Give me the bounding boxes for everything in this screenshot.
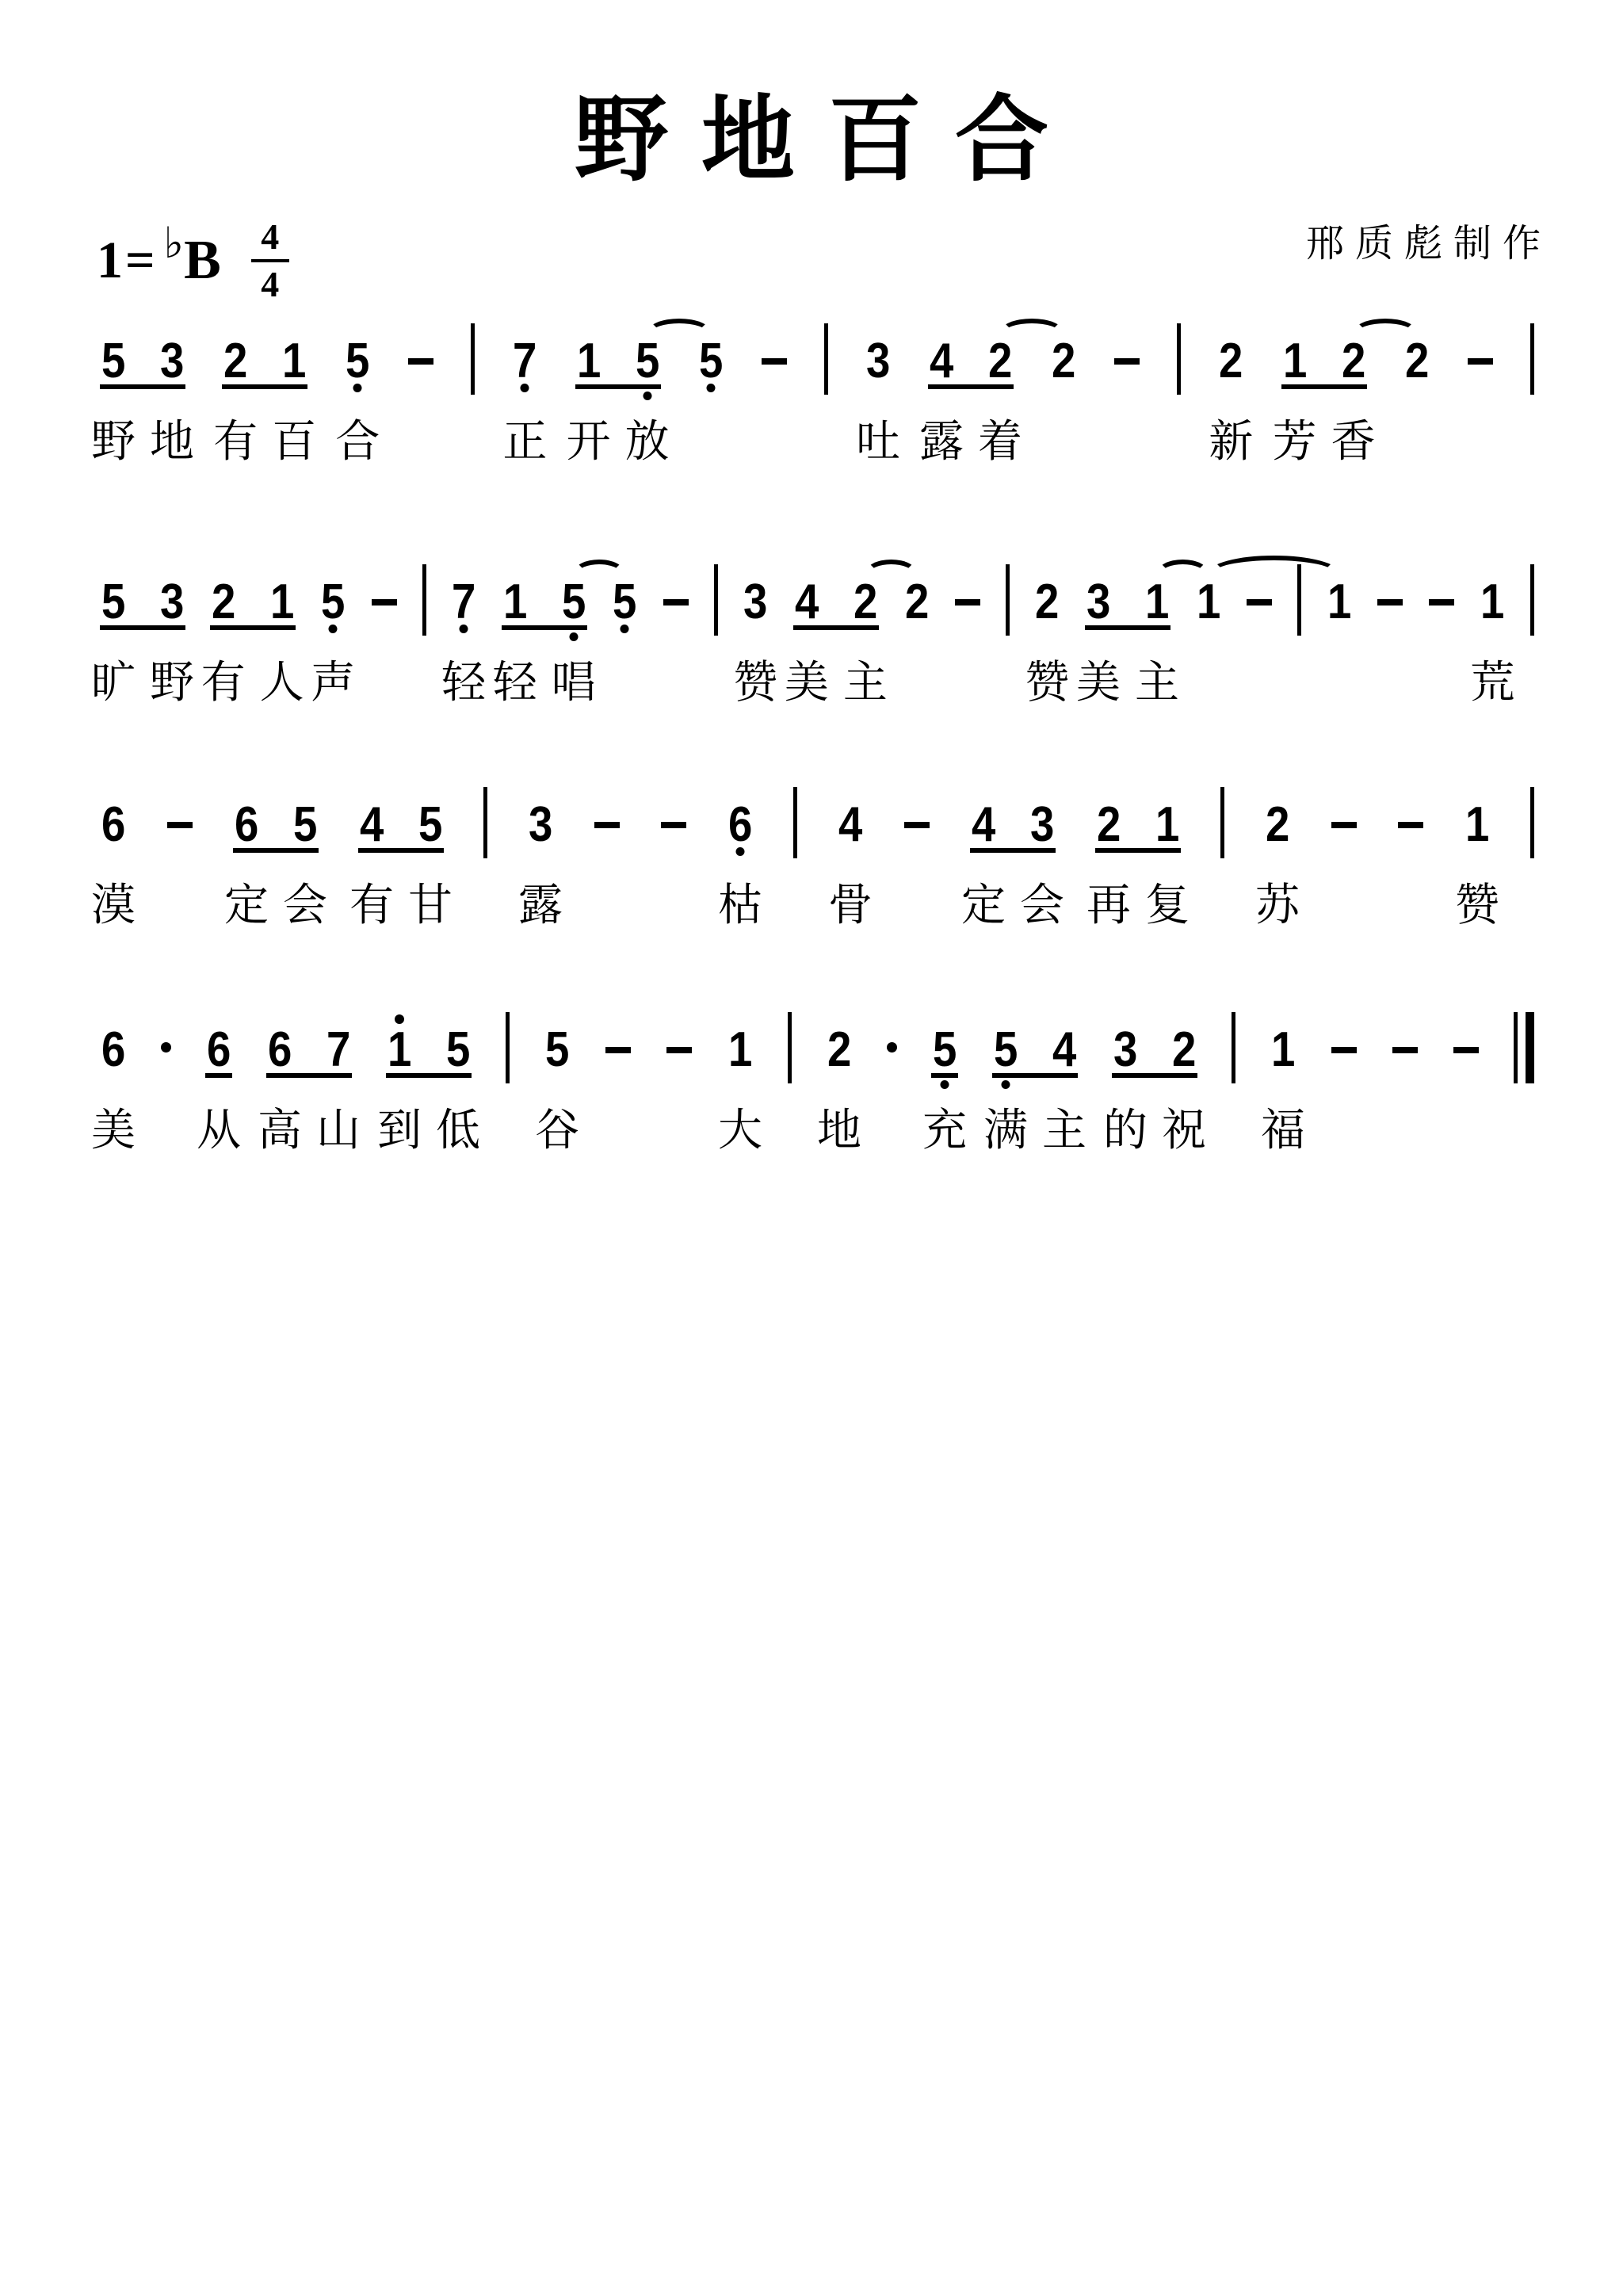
- octave-dot-low: [521, 384, 529, 392]
- beam-group: 53: [100, 584, 185, 621]
- lyric-syllable: 露: [919, 415, 964, 468]
- lyric-syllable: 谷: [535, 1103, 579, 1156]
- lyric-syllable: 福: [1261, 1103, 1305, 1156]
- note-number: 2: [212, 584, 235, 621]
- note: 4: [970, 807, 997, 843]
- lyric-syllable: 地: [150, 415, 194, 468]
- beam-group: 32: [1112, 1032, 1197, 1068]
- note-number: 5: [446, 1032, 470, 1068]
- note: 1: [1326, 584, 1353, 621]
- note-number: 5: [933, 1032, 957, 1068]
- note-number: 5: [418, 807, 442, 843]
- dash-rest: [903, 807, 930, 843]
- meter-rule: [251, 259, 289, 262]
- note: 2: [903, 584, 930, 621]
- lyric-syllable: 甘: [408, 878, 453, 931]
- lyric-syllable: 复: [1145, 878, 1190, 931]
- note: 4: [793, 584, 820, 621]
- barline: [1530, 584, 1534, 621]
- barline: [1232, 1032, 1235, 1068]
- lyric-syllable: 山: [316, 1103, 361, 1156]
- slur: [1157, 560, 1209, 586]
- notes-row: 5321571553422231111: [100, 552, 1534, 621]
- sheet-page: 野地百合 1=♭B 4 4 邢质彪制作 53215715534222122野地有…: [0, 0, 1623, 2296]
- note: 2: [1033, 584, 1060, 621]
- note: 3: [865, 343, 892, 380]
- lyric-syllable: 再: [1086, 878, 1131, 931]
- note: 6: [266, 1032, 293, 1068]
- note-number: 6: [207, 1032, 231, 1068]
- dash-rest: [1428, 584, 1455, 621]
- note: 2: [1050, 343, 1077, 380]
- note-number: 3: [866, 343, 890, 380]
- dash-rest: [1113, 343, 1140, 380]
- note: 5: [544, 1032, 571, 1068]
- octave-dot-low: [941, 1080, 949, 1089]
- lyric-syllable: 主: [843, 655, 888, 709]
- note: 6: [205, 1032, 232, 1068]
- note: 2: [1217, 343, 1244, 380]
- note: 5: [992, 1032, 1019, 1068]
- note-number: 7: [327, 1032, 350, 1068]
- barline: [793, 807, 797, 843]
- note: 1: [727, 1032, 754, 1068]
- barline: [471, 343, 475, 380]
- lyric-syllable: 有: [213, 415, 258, 468]
- note: 5: [417, 807, 444, 843]
- barline: [1297, 584, 1301, 621]
- beam-group: 31: [1085, 584, 1170, 621]
- lyric-syllable: 野: [150, 655, 194, 709]
- note: 5: [697, 343, 724, 380]
- lyric-syllable: 赞: [1455, 878, 1499, 931]
- beam-group: 15: [575, 343, 661, 380]
- credit: 邢质彪制作: [1306, 223, 1552, 266]
- note-number: 6: [101, 1032, 125, 1068]
- note-number: 1: [728, 1032, 752, 1068]
- note: 1: [1281, 343, 1308, 380]
- note-number: 5: [101, 343, 125, 380]
- lyric-syllable: 美: [1076, 655, 1121, 709]
- beam-group: 12: [1281, 343, 1367, 380]
- lyric-syllable: 主: [1135, 655, 1179, 709]
- dash-rest: [605, 1032, 632, 1068]
- meter-denominator: 4: [261, 266, 279, 303]
- note: 5: [319, 584, 346, 621]
- lyric-syllable: 主: [1042, 1103, 1086, 1156]
- note-number: 1: [270, 584, 294, 621]
- lyric-syllable: 低: [436, 1103, 480, 1156]
- note-number: 2: [1035, 584, 1059, 621]
- note-number: 1: [1145, 584, 1169, 621]
- note: 1: [1479, 584, 1506, 621]
- lyric-syllable: 漠: [91, 878, 136, 931]
- barline: [788, 1032, 792, 1068]
- note-number: 2: [223, 343, 247, 380]
- slur: [574, 560, 625, 586]
- octave-dot-low: [736, 847, 745, 856]
- meter-numerator: 4: [261, 219, 279, 255]
- note-number: 3: [160, 584, 184, 621]
- lyric-syllable: 有: [349, 878, 394, 931]
- note: 5: [344, 343, 371, 380]
- lyric-syllable: 会: [283, 878, 327, 931]
- dash-rest: [663, 584, 689, 621]
- note: 1: [1464, 807, 1491, 843]
- beam-group: 53: [100, 343, 185, 380]
- lyric-syllable: 充: [922, 1103, 967, 1156]
- lyric-syllable: 百: [272, 415, 316, 468]
- note-number: 2: [1052, 343, 1075, 380]
- note: 2: [1403, 343, 1430, 380]
- beam-group: 45: [358, 807, 444, 843]
- octave-dot-low: [569, 632, 578, 641]
- lyric-syllable: 开: [567, 415, 611, 468]
- note: 1: [1154, 807, 1181, 843]
- note: 7: [325, 1032, 352, 1068]
- dash-rest: [666, 1032, 693, 1068]
- note-number: 7: [514, 343, 537, 380]
- lyric-syllable: 放: [625, 415, 670, 468]
- lyrics-row: 野地有百合正开放吐露着新芳香: [100, 415, 1534, 472]
- note: 4: [1051, 1032, 1078, 1068]
- note-number: 2: [905, 584, 929, 621]
- note-number: 6: [728, 807, 752, 843]
- dash-rest: [660, 807, 687, 843]
- note: 7: [450, 584, 477, 621]
- lyric-syllable: 定: [224, 878, 269, 931]
- lyric-syllable: 赞: [1025, 655, 1069, 709]
- lyric-syllable: 合: [335, 415, 380, 468]
- note-number: 5: [636, 343, 659, 380]
- note: 2: [1170, 1032, 1197, 1068]
- lyric-syllable: 赞: [733, 655, 777, 709]
- note-number: 4: [930, 343, 953, 380]
- note: 3: [1029, 807, 1056, 843]
- note-number: 2: [1405, 343, 1429, 380]
- note-number: 5: [293, 807, 317, 843]
- dash-rest: [1331, 807, 1358, 843]
- note-number: 2: [854, 584, 877, 621]
- beam-group: 42: [793, 584, 879, 621]
- augmentation-dot: [161, 1032, 171, 1068]
- notes-row: 53215715534222122: [100, 311, 1534, 380]
- octave-dot-low: [1002, 1080, 1010, 1089]
- lyric-syllable: 有: [201, 655, 246, 709]
- note: 1: [269, 584, 296, 621]
- lyric-syllable: 大: [718, 1103, 762, 1156]
- note: 4: [837, 807, 864, 843]
- slur: [1354, 319, 1417, 346]
- note: 6: [100, 1032, 127, 1068]
- octave-dot-low: [460, 625, 468, 633]
- barline: [422, 584, 426, 621]
- octave-dot-low: [329, 625, 338, 633]
- note-number: 1: [1155, 807, 1179, 843]
- key-tonic: B: [184, 233, 221, 288]
- barline: [1177, 343, 1181, 380]
- note-number: 2: [988, 343, 1012, 380]
- lyric-syllable: 芳: [1273, 415, 1317, 468]
- barline: [1006, 584, 1010, 621]
- lyric-syllable: 旷: [91, 655, 136, 709]
- lyric-syllable: 枯: [718, 878, 762, 931]
- note-number: 3: [529, 807, 552, 843]
- music-system: 666715512554321美从高山到低谷大地充满主的祝福: [100, 1000, 1534, 1068]
- slur: [1000, 319, 1064, 346]
- note: 3: [158, 343, 185, 380]
- music-system: 5321571553422231111旷野有人声轻轻唱赞美主赞美主荒: [100, 552, 1534, 621]
- dash-rest: [1453, 1032, 1480, 1068]
- slur: [647, 319, 711, 346]
- note: 1: [575, 343, 602, 380]
- note-number: 5: [545, 1032, 569, 1068]
- note-number: 3: [1030, 807, 1054, 843]
- note: 5: [931, 1032, 958, 1068]
- octave-dot-low: [353, 384, 362, 392]
- lyric-syllable: 从: [197, 1103, 241, 1156]
- note: 3: [527, 807, 554, 843]
- lyric-syllable: 声: [311, 655, 355, 709]
- key-prefix: 1=: [97, 235, 158, 287]
- note: 2: [987, 343, 1014, 380]
- note: 5: [634, 343, 661, 380]
- slur: [1209, 556, 1339, 590]
- lyric-syllable: 高: [258, 1103, 302, 1156]
- note: 1: [1144, 584, 1170, 621]
- note: 1: [502, 584, 529, 621]
- barline: [824, 343, 828, 380]
- beam-group: 21: [1095, 807, 1181, 843]
- key-signature: 1=♭B 4 4: [97, 219, 289, 303]
- note-number: 1: [388, 1032, 411, 1068]
- note-number: 5: [613, 584, 636, 621]
- note: 7: [511, 343, 538, 380]
- notes-row: 666715512554321: [100, 1000, 1534, 1068]
- lyric-syllable: 人: [260, 655, 304, 709]
- lyric-syllable: 吐: [856, 415, 900, 468]
- note: 2: [1340, 343, 1367, 380]
- note-number: 5: [321, 584, 345, 621]
- beam-group: 21: [222, 343, 307, 380]
- note: 2: [852, 584, 879, 621]
- barline: [1530, 343, 1534, 380]
- octave-dot-low: [706, 384, 715, 392]
- lyric-syllable: 野: [91, 415, 136, 468]
- note-number: 3: [1086, 584, 1110, 621]
- note-number: 1: [282, 343, 306, 380]
- note-number: 4: [1052, 1032, 1076, 1068]
- note-number: 6: [101, 807, 125, 843]
- dash-rest: [1392, 1032, 1419, 1068]
- note: 3: [1112, 1032, 1139, 1068]
- note-number: 5: [346, 343, 369, 380]
- lyric-syllable: 美: [785, 655, 829, 709]
- song-title: 野地百合: [0, 82, 1623, 200]
- note: 3: [158, 584, 185, 621]
- dash-rest: [761, 343, 788, 380]
- lyric-syllable: 轻: [493, 655, 537, 709]
- beam-group: 42: [928, 343, 1014, 380]
- note-number: 2: [1342, 343, 1365, 380]
- beam-group: 54: [992, 1032, 1078, 1068]
- note-number: 1: [1283, 343, 1307, 380]
- lyric-syllable: 正: [502, 415, 547, 468]
- dash-rest: [1467, 343, 1494, 380]
- note-number: 2: [1097, 807, 1121, 843]
- dash-rest: [166, 807, 193, 843]
- note-number: 1: [1197, 584, 1220, 621]
- dash-rest: [371, 584, 398, 621]
- note-number: 3: [1113, 1032, 1137, 1068]
- note-number: 1: [1480, 584, 1504, 621]
- barline: [506, 1032, 510, 1068]
- lyric-syllable: 轻: [441, 655, 486, 709]
- augmentation-dot: [887, 1032, 897, 1068]
- note: 5: [445, 1032, 472, 1068]
- note-number: 7: [452, 584, 475, 621]
- barline: [1530, 807, 1534, 843]
- barline: [714, 584, 718, 621]
- note-number: 1: [1465, 807, 1489, 843]
- note: 2: [826, 1032, 853, 1068]
- time-signature: 4 4: [251, 219, 289, 303]
- octave-dot-low: [643, 392, 651, 400]
- lyrics-row: 美从高山到低谷大地充满主的祝福: [100, 1103, 1534, 1160]
- note: 6: [100, 807, 127, 843]
- lyric-syllable: 美: [91, 1103, 136, 1156]
- dash-rest: [407, 343, 434, 380]
- barline: [1220, 807, 1224, 843]
- note: 1: [386, 1032, 413, 1068]
- dash-rest: [1377, 584, 1403, 621]
- note: 4: [928, 343, 955, 380]
- note-number: 4: [360, 807, 384, 843]
- beam-group: 15: [502, 584, 587, 621]
- beam-group: 43: [970, 807, 1056, 843]
- note-number: 1: [1327, 584, 1351, 621]
- note: 1: [281, 343, 307, 380]
- note: 5: [560, 584, 587, 621]
- note: 5: [100, 584, 127, 621]
- note-number: 5: [562, 584, 586, 621]
- lyric-syllable: 荒: [1470, 655, 1514, 709]
- note: 4: [358, 807, 385, 843]
- note-number: 2: [1172, 1032, 1196, 1068]
- note-number: 1: [503, 584, 527, 621]
- note-number: 3: [743, 584, 767, 621]
- dash-rest: [594, 807, 621, 843]
- beam-group: 21: [210, 584, 296, 621]
- note: 6: [233, 807, 260, 843]
- lyric-syllable: 骨: [828, 878, 873, 931]
- note: 2: [210, 584, 237, 621]
- note-number: 2: [827, 1032, 851, 1068]
- note-number: 5: [994, 1032, 1018, 1068]
- lyric-syllable: 新: [1209, 415, 1253, 468]
- note-number: 6: [235, 807, 258, 843]
- note-number: 5: [101, 584, 125, 621]
- lyric-syllable: 到: [377, 1103, 422, 1156]
- beam-group: 6: [205, 1032, 232, 1068]
- note: 5: [611, 584, 638, 621]
- flat-icon: ♭: [164, 222, 184, 265]
- beam-group: 67: [266, 1032, 352, 1068]
- music-system: 53215715534222122野地有百合正开放吐露着新芳香: [100, 311, 1534, 380]
- lyric-syllable: 定: [961, 878, 1006, 931]
- note-number: 1: [1271, 1032, 1295, 1068]
- dash-rest: [954, 584, 981, 621]
- lyric-syllable: 露: [518, 878, 563, 931]
- note: 5: [292, 807, 319, 843]
- note-number: 2: [1266, 807, 1289, 843]
- notes-row: 66545364432121: [100, 775, 1534, 843]
- dash-rest: [1331, 1032, 1358, 1068]
- note: 1: [1195, 584, 1222, 621]
- note: 6: [727, 807, 754, 843]
- note: 1: [1270, 1032, 1296, 1068]
- dash-rest: [1397, 807, 1424, 843]
- note: 5: [100, 343, 127, 380]
- note-number: 6: [268, 1032, 292, 1068]
- note-number: 5: [699, 343, 723, 380]
- music-system: 66545364432121漠定会有甘露枯骨定会再复苏赞: [100, 775, 1534, 843]
- octave-dot-low: [621, 625, 629, 633]
- note: 3: [742, 584, 769, 621]
- lyric-syllable: 唱: [552, 655, 596, 709]
- lyric-syllable: 的: [1103, 1103, 1148, 1156]
- lyric-syllable: 满: [983, 1103, 1028, 1156]
- lyrics-row: 漠定会有甘露枯骨定会再复苏赞: [100, 878, 1534, 935]
- note-number: 1: [577, 343, 601, 380]
- note-number: 3: [160, 343, 184, 380]
- note: 2: [222, 343, 249, 380]
- note: 2: [1264, 807, 1291, 843]
- lyric-syllable: 着: [978, 415, 1022, 468]
- barline: [483, 807, 487, 843]
- beam-group: 15: [386, 1032, 472, 1068]
- lyric-syllable: 地: [817, 1103, 861, 1156]
- final-barline: [1514, 1032, 1534, 1068]
- note-number: 4: [795, 584, 819, 621]
- note-number: 2: [1219, 343, 1243, 380]
- slur: [865, 560, 917, 586]
- lyric-syllable: 香: [1331, 415, 1376, 468]
- lyric-syllable: 苏: [1255, 878, 1300, 931]
- beam-group: 5: [931, 1032, 958, 1068]
- note: 3: [1085, 584, 1112, 621]
- lyric-syllable: 祝: [1162, 1103, 1206, 1156]
- note-number: 4: [972, 807, 995, 843]
- beam-group: 65: [233, 807, 319, 843]
- note-number: 4: [838, 807, 862, 843]
- note: 2: [1095, 807, 1122, 843]
- lyrics-row: 旷野有人声轻轻唱赞美主赞美主荒: [100, 655, 1534, 712]
- lyric-syllable: 会: [1020, 878, 1064, 931]
